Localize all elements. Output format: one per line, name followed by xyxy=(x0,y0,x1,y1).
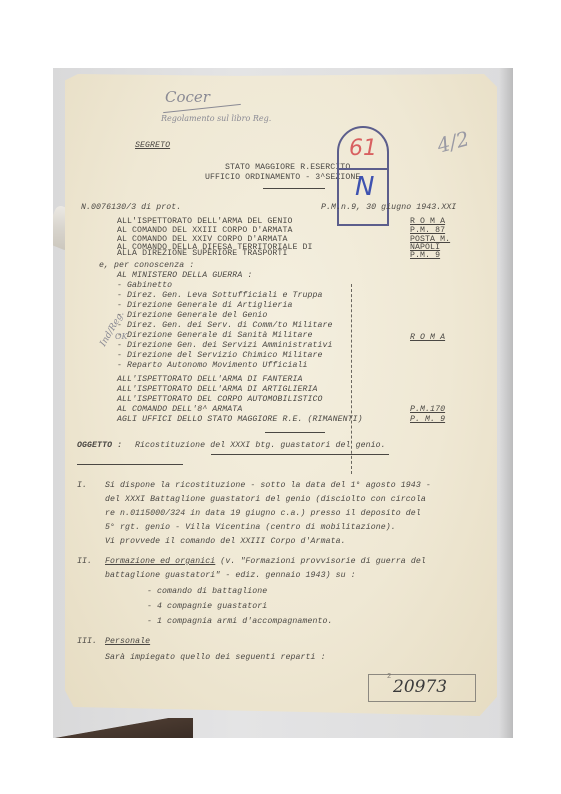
registry-stamp-small: 2 xyxy=(387,673,391,681)
section-line: battaglione guastatori" - ediz. gennaio … xyxy=(105,570,356,581)
handwritten-fraction: 4/2 xyxy=(434,126,471,158)
recipient-name: AGLI UFFICI DELLO STATO MAGGIORE R.E. (R… xyxy=(117,414,363,425)
section-title: Formazione ed organici xyxy=(105,557,215,566)
stamp-divider xyxy=(339,168,387,170)
stamp-number: 61 xyxy=(349,136,377,161)
stamp-letter: N xyxy=(355,172,374,202)
photo-dark-corner xyxy=(53,718,193,738)
handwritten-note-sub: Regolamento sul libro Reg. xyxy=(161,114,271,123)
section-number: III. xyxy=(77,636,97,647)
classification-label: SEGRETO xyxy=(135,140,170,151)
ministry-item: - Reparto Autonomo Movimento Ufficiali xyxy=(117,360,308,371)
section-line: Sarà impiegato quello dei seguenti repar… xyxy=(105,652,326,663)
document-photo: Cocer Regolamento sul libro Reg. 4/2 Ind… xyxy=(53,68,513,738)
section-line: Si dispone la ricostituzione - sotto la … xyxy=(105,480,431,491)
section-title: Personale xyxy=(105,636,150,647)
registry-stamp: 2 20973 xyxy=(368,674,476,702)
recipient-name: ALLA DIREZIONE SUPERIORE TRASPORTI xyxy=(117,248,287,259)
section-line: 5° rgt. genio - Villa Vicentina (centro … xyxy=(105,522,396,533)
section-text: (v. "Formazioni provvisorie di guerra de… xyxy=(215,557,426,566)
ministry-place: R O M A xyxy=(410,332,445,343)
subject-rule xyxy=(77,464,183,465)
protocol-number: N.0076130/3 di prot. xyxy=(81,202,181,213)
place-date: P.M.n.9, 30 giugno 1943.XXI xyxy=(321,202,456,213)
document-page: Cocer Regolamento sul libro Reg. 4/2 Ind… xyxy=(65,74,497,716)
section-line: re n.0115000/324 in data 19 giugno c.a.)… xyxy=(105,508,421,519)
section-line: del XXXI Battaglione guastatori del geni… xyxy=(105,494,426,505)
recipient-place: P. M. 9 xyxy=(410,414,445,425)
header-rule xyxy=(263,188,325,189)
registry-number: 20973 xyxy=(393,677,447,697)
photo-shadow xyxy=(499,68,513,738)
subject-text: Ricostituzione del XXXI btg. guastatori … xyxy=(135,440,386,451)
handwritten-note-top: Cocer xyxy=(165,88,210,106)
recipient-place: P.M. 9 xyxy=(410,250,440,261)
section-item: - comando di battaglione xyxy=(147,586,267,597)
section-item: - 4 compagnie guastatori xyxy=(147,601,267,612)
divider-rule xyxy=(265,432,325,433)
section-number: II. xyxy=(77,556,92,567)
section-line: Vi provvede il comando del XXIII Corpo d… xyxy=(105,536,346,547)
section-number: I. xyxy=(77,480,87,491)
subject-underline xyxy=(211,454,389,455)
section-item: - 1 compagnia armi d'accompagnamento. xyxy=(147,616,333,627)
subject-label: OGGETTO : xyxy=(77,440,122,451)
section-line: Formazione ed organici (v. "Formazioni p… xyxy=(105,556,426,567)
